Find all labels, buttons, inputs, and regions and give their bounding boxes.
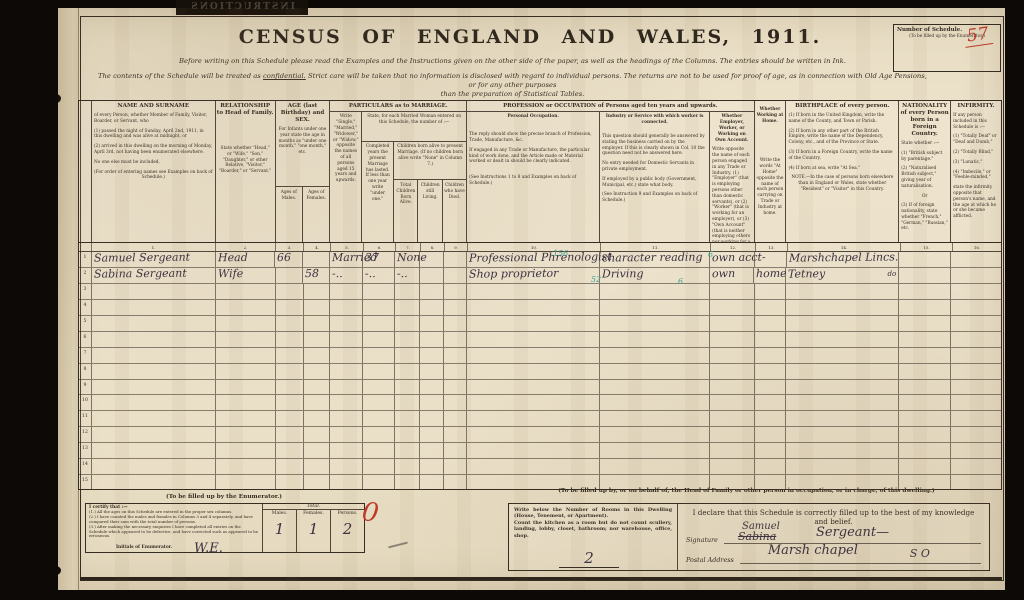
schedule-number-value: 57: [963, 23, 993, 48]
table-row: 4: [79, 300, 1001, 316]
row-number: 6: [79, 332, 92, 347]
children-group-note: Children born alive to present Marriage.…: [394, 142, 466, 180]
postal-address-value: Marsh chapel: [768, 543, 858, 558]
row-number: 5: [79, 316, 92, 331]
cell-name: Samuel Sergeant: [92, 250, 215, 264]
declaration-cell: I declare that this Schedule is correctl…: [678, 504, 989, 570]
punch-hole: [51, 94, 61, 103]
householder-box: Write below the Number of Rooms in this …: [508, 503, 990, 571]
married-women-note: State, for each Married Woman entered on…: [362, 112, 466, 142]
row-number: 4: [79, 300, 92, 315]
cell-marital: Married: [330, 251, 362, 264]
col-age-header: AGE (last Birthday) and SEX. For Infants…: [276, 101, 331, 242]
row-number: 13: [79, 443, 92, 458]
table-row: 11: [79, 411, 1001, 427]
signature-label: Signature: [686, 536, 718, 544]
rooms-cell: Write below the Number of Rooms in this …: [509, 504, 678, 570]
cell-occupation: Shop proprietor: [467, 266, 599, 280]
females-value: 1: [297, 520, 330, 538]
totals-persons: Persons. 2: [331, 510, 364, 552]
intro-line-1: Before writing on this Schedule please r…: [95, 57, 930, 66]
postal-address-row: Postal Address Marsh chapel S O: [686, 549, 981, 564]
punch-hole: [46, 337, 56, 346]
declaration-text: I declare that this Schedule is correctl…: [686, 508, 981, 526]
row-number: 15: [79, 475, 92, 490]
table-header: NAME AND SURNAME of every Person, whethe…: [79, 101, 1001, 243]
totals-females: Females. 1: [297, 510, 331, 552]
householder-section-title: (To be filled up by, or on behalf of, th…: [505, 488, 988, 494]
row-number: 11: [79, 411, 92, 426]
enumerator-section-title: (To be filled up by the Enumerator.): [85, 494, 363, 500]
census-table: NAME AND SURNAME of every Person, whethe…: [78, 100, 1002, 490]
row-number: 8: [79, 364, 92, 379]
row-number: 12: [79, 427, 92, 442]
table-row: 3: [79, 284, 1001, 300]
col-employer-header: Whether Employer, Worker, or Working on …: [710, 112, 753, 242]
row-number-gutter: [79, 101, 92, 242]
registrar-code-mark: 6: [678, 277, 683, 286]
rooms-value: 2: [559, 549, 619, 568]
page-title: CENSUS OF ENGLAND AND WALES, 1911.: [150, 26, 910, 48]
signature-surname: Sergeant—: [816, 525, 889, 540]
bleedthrough-text: INSTRUCTIONS: [176, 0, 308, 15]
col-nationality-header: NATIONALITY of every Person born in a Fo…: [899, 101, 951, 242]
certify-item-3: (3.) After making the necessary enquirie…: [89, 525, 259, 540]
table-row: 10: [79, 395, 1001, 411]
col-occupation-header: Personal Occupation. The reply should sh…: [467, 112, 600, 242]
cell-birthplace: Tetney: [786, 266, 898, 280]
table-body: 1 Samuel Sergeant Head 66 Married 37 Non…: [79, 252, 1001, 490]
rooms-instruction-2: Count the kitchen as a room but do not c…: [514, 520, 672, 539]
row-number: 7: [79, 348, 92, 363]
intro-line-2: The contents of the Schedule will be tre…: [95, 72, 930, 100]
table-row: 14: [79, 459, 1001, 475]
enumerator-box: I certify that :— (1.) All the ages on t…: [85, 503, 365, 553]
col-name-header: NAME AND SURNAME of every Person, whethe…: [92, 101, 216, 242]
cell-birthplace-ditto: do: [888, 270, 897, 278]
col-children-died-header: Children who have Died.: [443, 180, 466, 242]
cell-occupation: Professional Phrenologist: [467, 250, 599, 264]
cell-industry: character reading: [600, 250, 709, 264]
row-number: 14: [79, 459, 92, 474]
table-row: 9: [79, 380, 1001, 396]
cell-industry: Driving: [600, 266, 709, 280]
table-row: 7: [79, 348, 1001, 364]
cell-children-born: -..: [395, 267, 419, 280]
totals-table: Total. Males. 1 Females. 1 Persons. 2: [263, 504, 364, 552]
cell-years-married: -..: [363, 267, 394, 280]
registrar-code-mark: 52: [591, 275, 601, 284]
torn-edge: [58, 8, 79, 590]
row-number: 1: [79, 252, 92, 267]
bottom-rule: [80, 577, 1002, 580]
cell-age-male: 66: [275, 251, 302, 264]
table-row: 6: [79, 332, 1001, 348]
totals-males: Males. 1: [263, 510, 297, 552]
cell-marital: -..: [330, 267, 362, 280]
row-number: 9: [79, 380, 92, 395]
registrar-code-mark: 6: [708, 250, 713, 259]
cell-employer-status: own acct-: [710, 251, 754, 264]
rooms-instruction-1: Write below the Number of Rooms in this …: [514, 507, 672, 520]
persons-value: 2: [331, 520, 364, 538]
table-row: 5: [79, 316, 1001, 332]
signature-struck-name: Sabina: [738, 530, 776, 543]
col-industry-header: Industry or Service with which worker is…: [600, 112, 710, 242]
signature-row: Signature Samuel Sabina Sergeant—: [686, 529, 981, 544]
cell-relationship: Wife: [216, 267, 275, 281]
cell-children-born: None: [395, 251, 419, 264]
col-profession-group-header: PROFESSION or OCCUPATION of Persons aged…: [467, 101, 754, 242]
col-ages-females-header: Ages of Females.: [303, 187, 329, 242]
punch-hole: [51, 566, 61, 575]
census-scan-page: INSTRUCTIONS CENSUS OF ENGLAND AND WALES…: [0, 0, 1024, 600]
col-marital-header: Write "Single," "Married," "Widower," or…: [330, 112, 362, 242]
cell-age-female: 58: [303, 267, 329, 280]
col-relationship-header: RELATIONSHIP to Head of Family. State wh…: [216, 101, 276, 242]
cell-relationship: Head: [216, 251, 275, 265]
cell-birthplace: Marshchapel Lincs.: [787, 250, 899, 264]
col-at-home-header: Whether Working at Home. Write the words…: [755, 101, 787, 242]
row-number: 10: [79, 395, 92, 410]
col-marriage-group-header: PARTICULARS as to MARRIAGE. Write "Singl…: [330, 101, 467, 242]
col-children-living-header: Children still Living.: [418, 180, 442, 242]
cell-years-married: 37: [363, 251, 394, 264]
initials-label: Initials of Enumerator.: [116, 545, 172, 550]
col-ages-males-header: Ages of Males.: [276, 187, 303, 242]
col-children-born-header: Total Children Born Alive.: [394, 180, 418, 242]
row-number: 3: [79, 284, 92, 299]
col-birthplace-header: BIRTHPLACE of every person. (1) If born …: [786, 101, 899, 242]
table-row: 8: [79, 364, 1001, 380]
row-number: 2: [79, 268, 92, 283]
cell-at-home: home: [754, 267, 785, 280]
table-row: 2 Sabina Sergeant Wife 58 -.. -.. -.. Sh…: [79, 268, 1001, 284]
table-row: 1 Samuel Sergeant Head 66 Married 37 Non…: [79, 252, 1001, 268]
table-row: 13: [79, 443, 1001, 459]
table-row: 12: [79, 427, 1001, 443]
col-infirmity-header: INFIRMITY. If any person included in thi…: [951, 101, 1001, 242]
postal-address-suffix: S O: [910, 547, 930, 560]
enumerator-initials: W.E.: [194, 541, 223, 556]
col-years-married-header: Completed years the present Marriage has…: [362, 142, 394, 242]
males-value: 1: [263, 520, 296, 538]
cell-employer-status: own: [709, 267, 753, 280]
registrar-code-mark: 156: [553, 249, 568, 258]
cell-name: Sabina Sergeant: [92, 266, 215, 280]
postal-address-label: Postal Address: [686, 556, 734, 564]
